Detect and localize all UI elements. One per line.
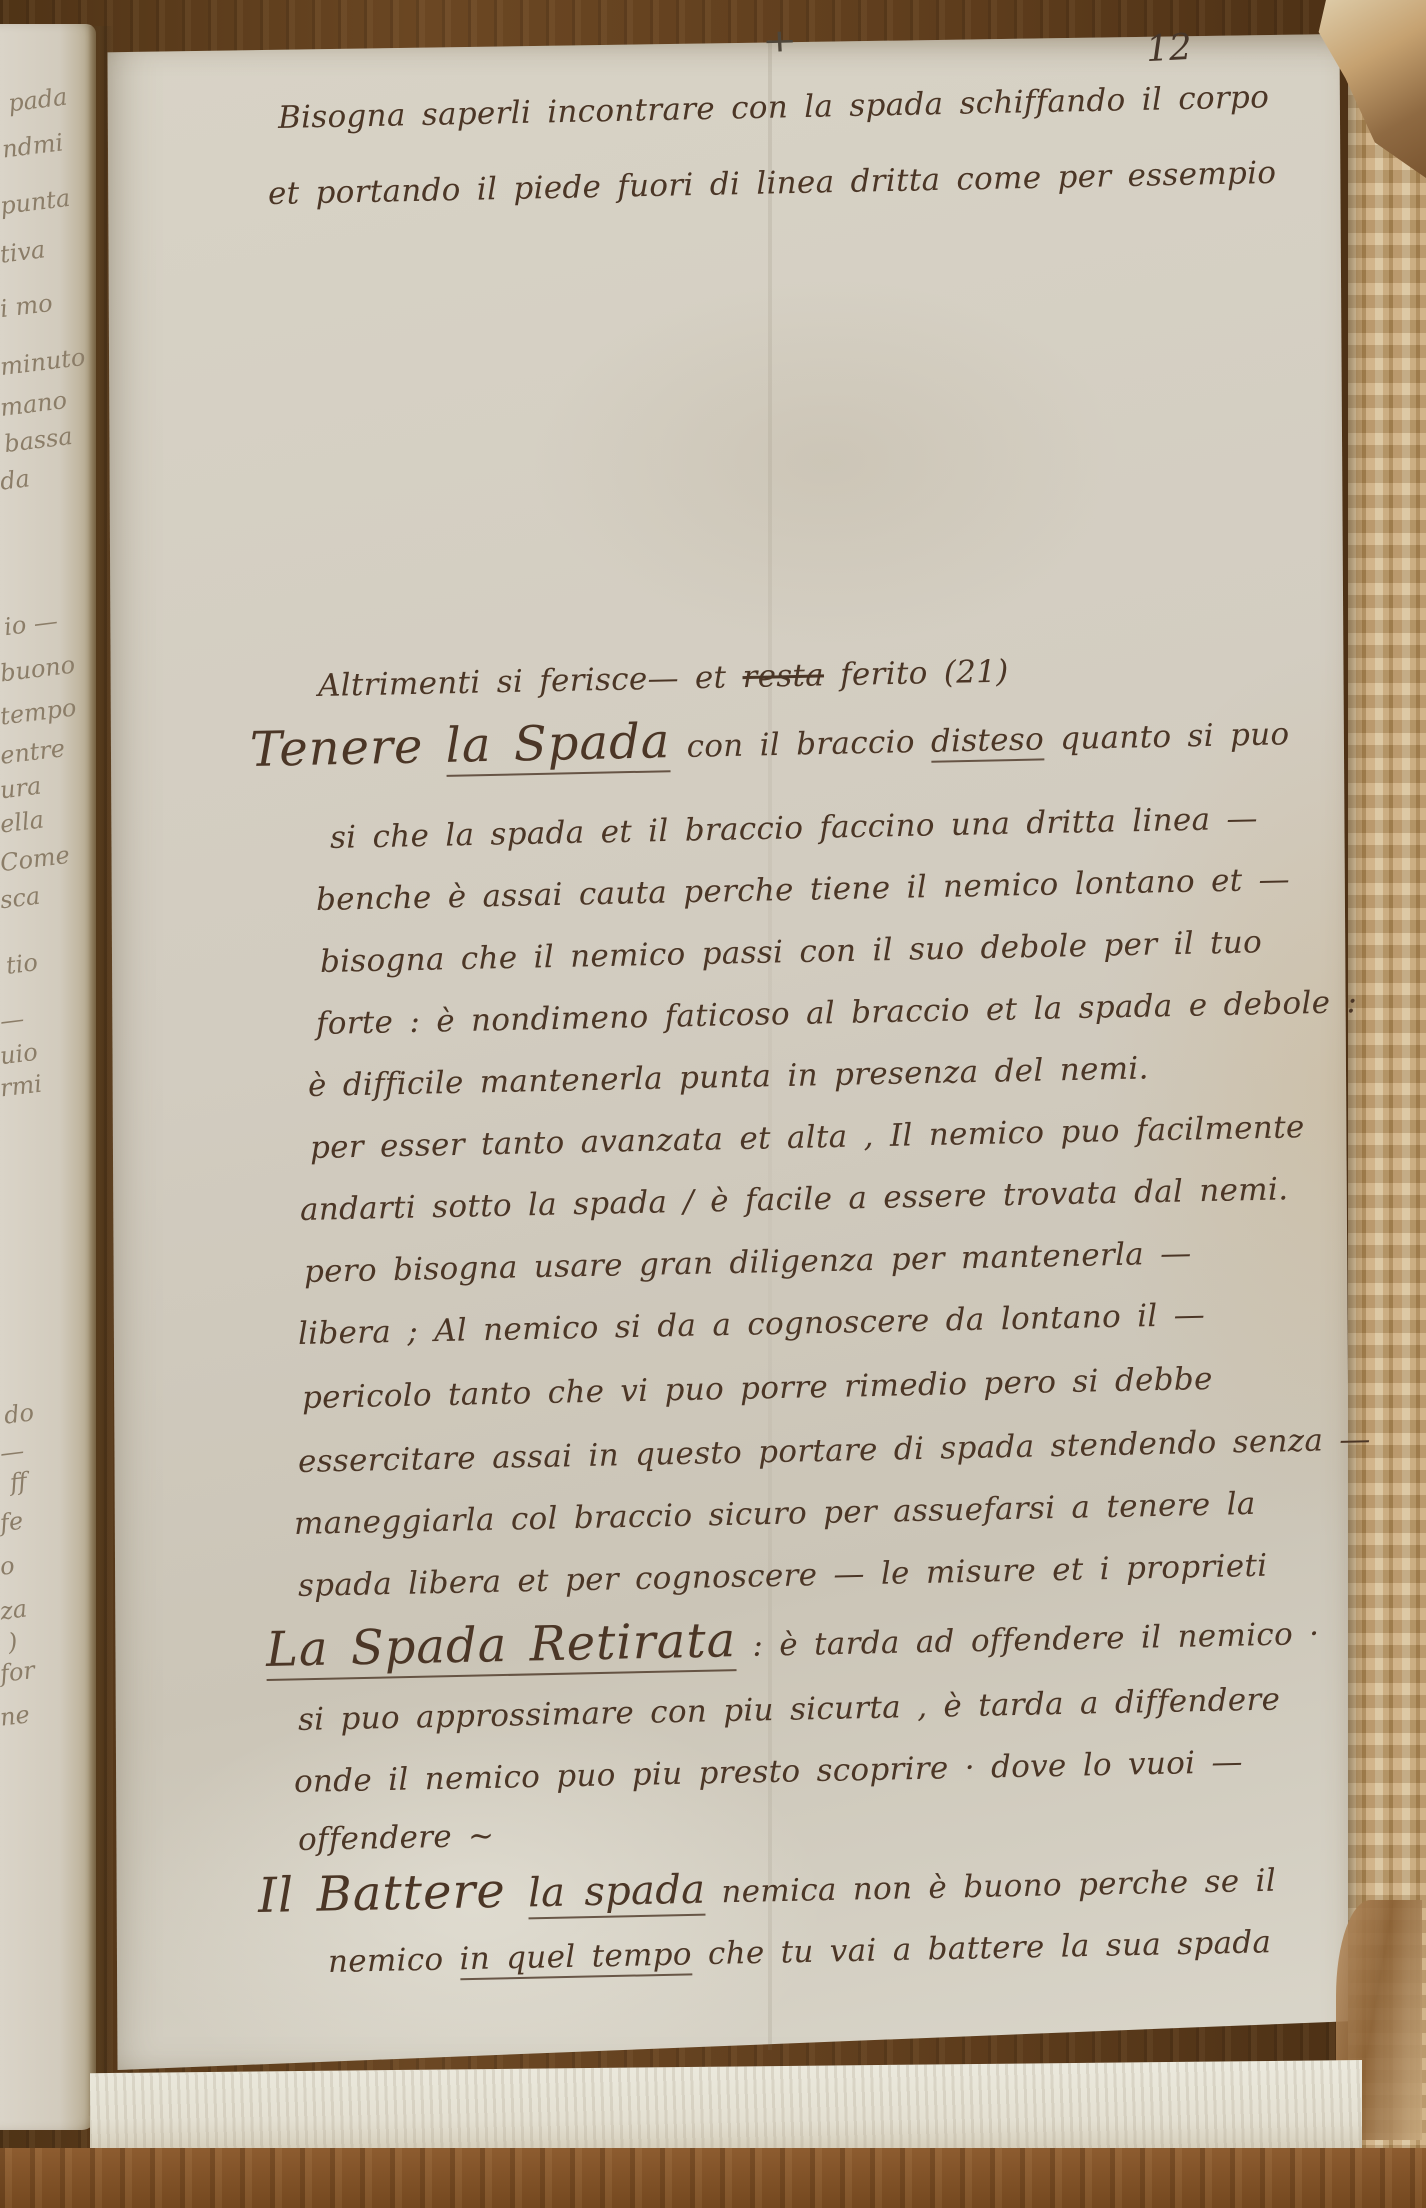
struck-word: resta: [742, 657, 824, 695]
manuscript-line: bisogna che il nemico passi con il suo d…: [320, 924, 1263, 980]
line-text: ferito (21): [824, 654, 1009, 694]
handwriting-layer: + 12 Bisogna saperli incontrare con la s…: [0, 0, 1426, 2208]
heading-text-underlined: la Spada: [445, 713, 671, 777]
manuscript-line: per esser tanto avanzata et alta , Il ne…: [310, 1109, 1305, 1166]
margin-fragment: do: [2, 1398, 35, 1429]
margin-fragment: ura: [0, 772, 43, 805]
manuscript-line: essercitare assai in questo portare di s…: [298, 1422, 1371, 1480]
heading-text: Il Battere: [257, 1862, 528, 1924]
margin-fragment: tiva: [0, 235, 47, 268]
line-text: nemica non è buono perche se il: [705, 1863, 1276, 1911]
folio-number: 12: [1145, 27, 1193, 70]
heading-text-underlined: la spada: [528, 1867, 706, 1920]
heading-text-underlined: La Spada Retirata: [265, 1612, 736, 1681]
margin-fragment: uio: [0, 1038, 39, 1070]
underlined-word: disteso: [931, 721, 1045, 762]
manuscript-photo: + 12 Bisogna saperli incontrare con la s…: [0, 0, 1426, 2208]
manuscript-line: Bisogna saperli incontrare con la spada …: [278, 79, 1270, 136]
underlined-phrase: in quel tempo: [459, 1936, 692, 1980]
manuscript-line: pericolo tanto che vi puo porre rimedio …: [302, 1361, 1213, 1416]
margin-fragment: ella: [0, 805, 45, 838]
margin-fragment: sca: [0, 882, 42, 915]
margin-fragment: ndmi: [1, 128, 65, 163]
manuscript-line: forte : è nondimeno faticoso al braccio …: [316, 984, 1358, 1042]
margin-fragment: tempo: [0, 693, 78, 730]
section-heading-tenere-la-spada: Tenere la Spada con il braccio disteso q…: [249, 700, 1289, 778]
section-heading-il-battere: Il Battere la spada nemica non è buono p…: [257, 1847, 1276, 1924]
manuscript-line: nemico in quel tempo che tu vai a batter…: [328, 1924, 1272, 1980]
margin-fragment: o: [0, 1551, 16, 1581]
margin-fragment: pada: [7, 82, 69, 117]
margin-fragment: ne: [0, 1700, 31, 1731]
manuscript-line: andarti sotto la spada / è facile a esse…: [300, 1171, 1289, 1228]
line-text: nemico: [328, 1941, 460, 1980]
line-text: quanto si puo: [1044, 716, 1290, 757]
margin-fragment: da: [0, 464, 31, 495]
margin-fragment: fe: [0, 1507, 25, 1538]
manuscript-line: è difficile mantenerla punta in presenza…: [308, 1050, 1149, 1104]
line-text: con il braccio: [670, 724, 931, 765]
margin-fragment: tio: [4, 948, 39, 980]
manuscript-line: maneggiarla col braccio sicuro per assue…: [294, 1486, 1256, 1542]
manuscript-line: spada libera et per cognoscere — le misu…: [298, 1548, 1268, 1604]
margin-fragment: ): [6, 1628, 19, 1657]
margin-fragment: rmi: [0, 1070, 43, 1103]
margin-fragment: minuto: [0, 343, 87, 381]
margin-fragment: for: [0, 1656, 36, 1688]
margin-fragment: buono: [0, 651, 77, 688]
margin-fragment: mano: [0, 386, 68, 422]
heading-text: Tenere: [249, 718, 446, 778]
manuscript-line: onde il nemico puo piu presto scoprire ·…: [294, 1744, 1244, 1800]
line-text: Altrimenti si ferisce— et: [318, 659, 743, 704]
margin-fragment: za: [0, 1594, 29, 1625]
margin-fragment: —: [0, 1437, 26, 1468]
margin-fragment: ff: [8, 1467, 28, 1497]
margin-fragment: entre: [0, 734, 66, 770]
margin-fragment: bassa: [3, 422, 75, 458]
manuscript-line: si puo approssimare con piu sicurta , è …: [298, 1681, 1281, 1738]
margin-fragment: i mo: [0, 289, 54, 323]
manuscript-line: libera ; Al nemico si da a cognoscere da…: [298, 1297, 1206, 1352]
manuscript-line: offendere ~: [298, 1818, 495, 1858]
manuscript-line: pero bisogna usare gran diligenza per ma…: [304, 1235, 1192, 1290]
line-text: che tu vai a battere la sua spada: [691, 1924, 1271, 1972]
section-heading-la-spada-retirata: La Spada Retirata : è tarda ad offendere…: [265, 1600, 1319, 1678]
line-text: : è tarda ad offendere il nemico ·: [736, 1616, 1320, 1664]
margin-fragment: Come: [0, 841, 71, 877]
cross-mark: +: [761, 22, 798, 60]
margin-fragment: io —: [2, 607, 59, 641]
manuscript-line: si che la spada et il braccio faccino un…: [330, 801, 1259, 856]
manuscript-line: benche è assai cauta perche tiene il nem…: [316, 862, 1291, 918]
manuscript-line: Altrimenti si ferisce— et resta ferito (…: [318, 654, 1009, 704]
manuscript-line: et portando il piede fuori di linea drit…: [268, 155, 1277, 212]
margin-fragment: —: [0, 1005, 26, 1036]
margin-fragment: punta: [0, 184, 72, 220]
